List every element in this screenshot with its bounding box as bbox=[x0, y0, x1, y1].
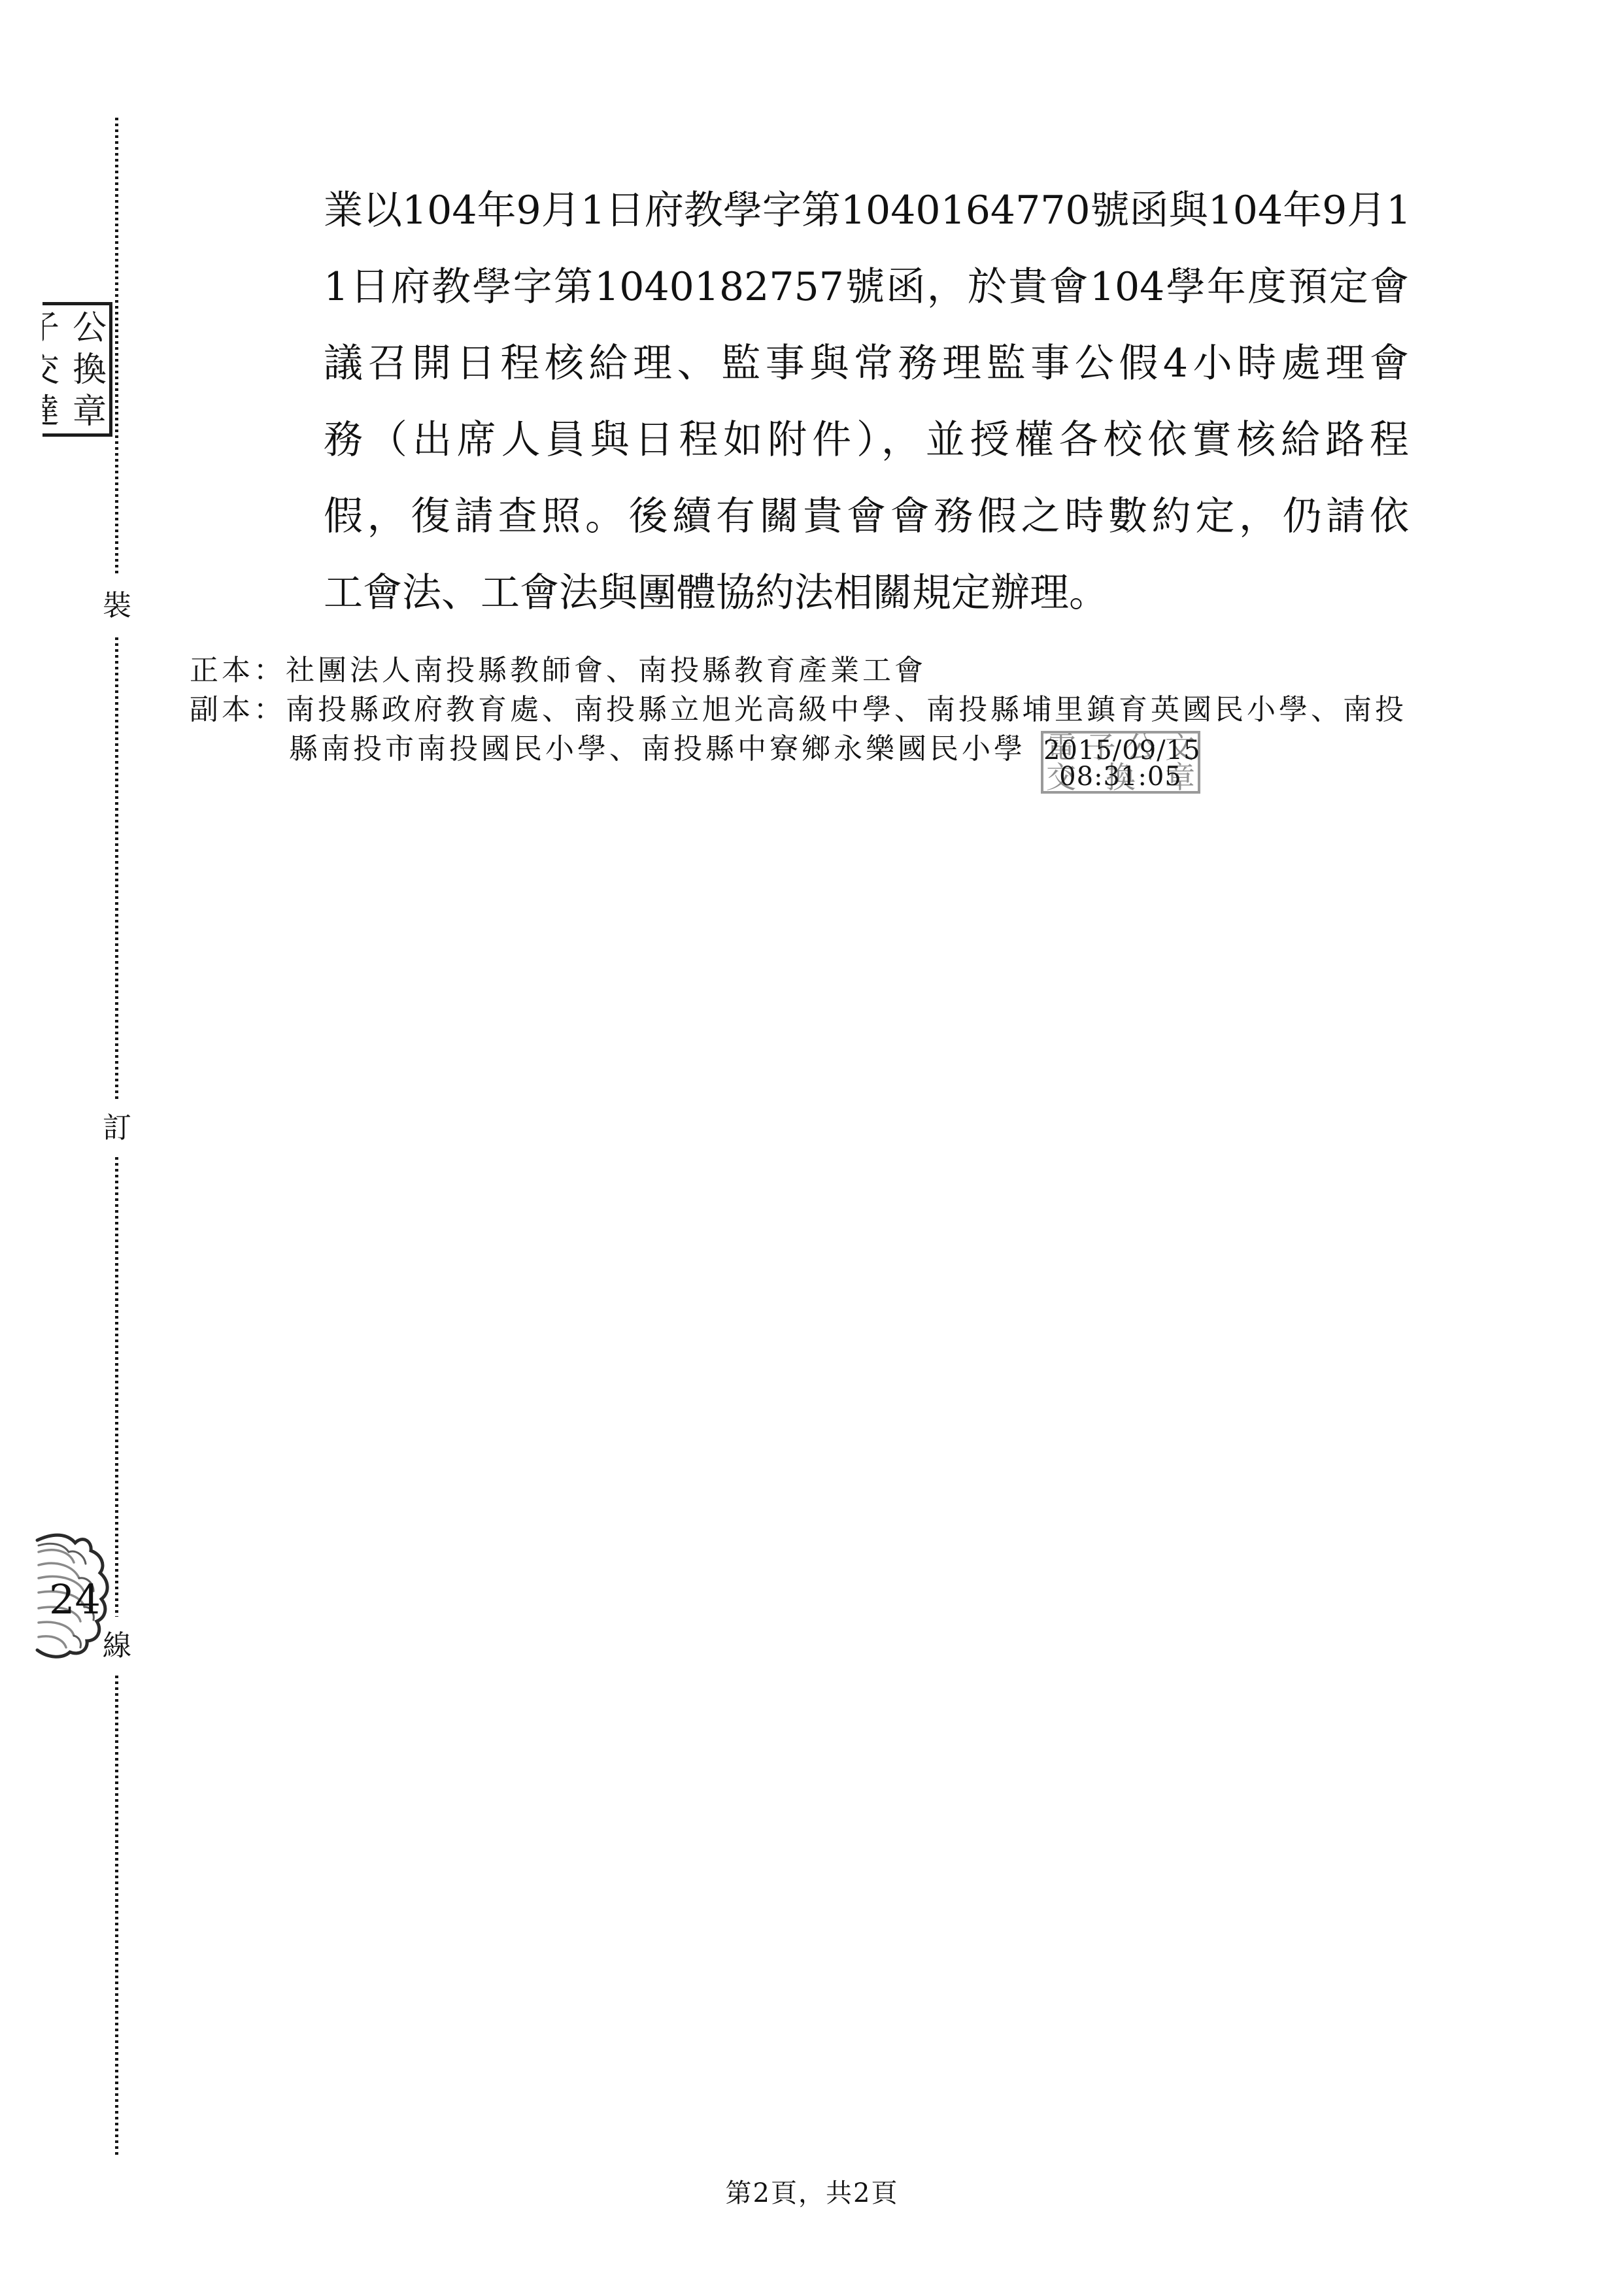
body-line: 業以104年9月1日府教學字第1040164770號函與104年9月1 bbox=[324, 173, 1409, 249]
body-line: 議召開日程核給理、監事與常務理監事公假4小時處理會 bbox=[324, 326, 1409, 402]
body-line: 假，復請查照。後續有關貴會會務假之時數約定，仍請依 bbox=[324, 479, 1409, 555]
stamp-char: 換 bbox=[73, 349, 107, 391]
document-exchange-stamp: 子 交 達 公 換 章 bbox=[42, 302, 112, 437]
exchange-stamp-time: 08:31:05 bbox=[1043, 764, 1198, 790]
official-document-page: 裝 訂 線 子 交 達 公 換 章 業以104年9月1日府教學字第1040164… bbox=[0, 0, 1624, 2294]
margin-label-binding: 裝 bbox=[101, 590, 133, 622]
margin-label-staple: 訂 bbox=[101, 1113, 133, 1144]
binding-dotted-line bbox=[115, 637, 118, 1100]
binding-dotted-line bbox=[115, 118, 118, 577]
stamp-left-column: 子 交 達 bbox=[42, 307, 59, 433]
body-line: 務（出席人員與日程如附件），並授權各校依實核給路程 bbox=[324, 402, 1409, 479]
recipients-block: 正本：社團法人南投縣教師會、南投縣教育產業工會 副本：南投縣政府教育處、南投縣立… bbox=[190, 651, 1471, 769]
stamp-right-column: 公 換 章 bbox=[73, 307, 107, 433]
stamp-char: 章 bbox=[73, 391, 107, 433]
original-recipient-line: 正本：社團法人南投縣教師會、南投縣教育產業工會 bbox=[190, 651, 1471, 690]
body-line: 1日府教學字第1040182757號函，於貴會104學年度預定會 bbox=[324, 249, 1409, 326]
binding-dotted-line bbox=[115, 1676, 118, 2157]
body-line: 工會法、工會法與團體協約法相關規定辦理。 bbox=[324, 555, 1409, 632]
exchange-stamp-date: 2015/09/15 bbox=[1043, 737, 1198, 764]
electronic-exchange-stamp: 電子公文 交換章 2015/09/15 08:31:05 bbox=[1041, 731, 1200, 794]
copy-recipient-line-2: 縣南投市南投國民小學、南投縣中寮鄉永樂國民小學 bbox=[190, 730, 1471, 769]
body-paragraph: 業以104年9月1日府教學字第1040164770號函與104年9月1 1日府教… bbox=[324, 173, 1409, 632]
binding-dotted-line bbox=[115, 1157, 118, 1617]
copy-recipient-line-1: 副本：南投縣政府教育處、南投縣立旭光高級中學、南投縣埔里鎮育英國民小學、南投 bbox=[190, 690, 1471, 730]
stamp-char: 達 bbox=[42, 391, 59, 433]
page-number-seal: 24 bbox=[42, 1530, 108, 1659]
stamp-char: 子 bbox=[42, 307, 59, 349]
page-footer: 第2頁，共2頁 bbox=[0, 2178, 1624, 2208]
stamp-char: 交 bbox=[42, 349, 59, 391]
seal-page-number: 24 bbox=[49, 1579, 88, 1620]
stamp-char: 公 bbox=[73, 307, 107, 349]
